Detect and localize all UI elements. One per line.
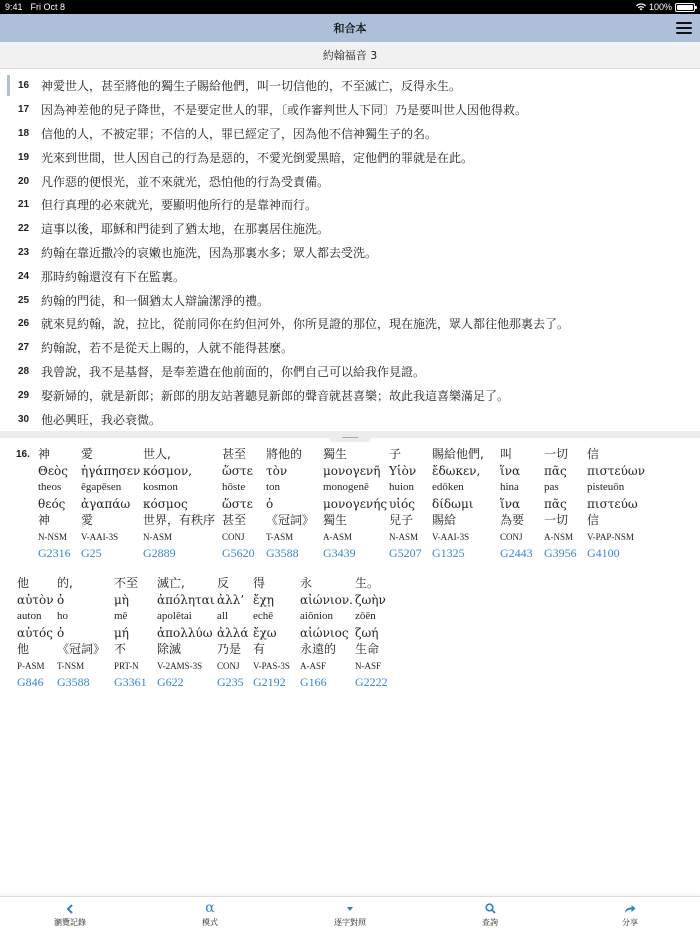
lexical-form: μή [114, 625, 147, 642]
chapter-title[interactable]: 約翰福音 3 [323, 47, 378, 63]
greek-word: κόσμον, [143, 463, 215, 480]
verse-number: 30 [18, 414, 41, 425]
gloss: 甚至 [222, 512, 255, 529]
chinese-word: 子 [389, 446, 422, 463]
verse-row[interactable]: 29娶新婦的，就是新郎；新郎的朋友站著聽見新郎的聲音就甚喜樂；故此我這喜樂滿足了… [0, 383, 700, 407]
chinese-word: 得 [253, 575, 290, 592]
interlinear-word[interactable]: 滅亡,ἀπόληταιapolētaiἀπολλύω除滅V-2AMS-3SG62… [157, 575, 214, 691]
lexical-form: ἔχω [253, 625, 290, 642]
tab-label: 瀏覽記錄 [54, 917, 86, 928]
chinese-word: 賜給他們, [432, 446, 484, 463]
interlinear-word[interactable]: 反ἀλλ’allἀλλά乃是CONJG235 [217, 575, 248, 691]
transliteration: huion [389, 479, 422, 496]
greek-word: Υἱὸν [389, 463, 422, 480]
chinese-word: 將他的 [266, 446, 314, 463]
parsing-code: N-ASM [143, 529, 215, 546]
parsing-code: V-2AMS-3S [157, 658, 214, 675]
strongs-number-link[interactable]: G5207 [389, 545, 422, 562]
greek-word: αἰώνιον. [300, 592, 353, 609]
verse-text: 這事以後，耶穌和門徒到了猶太地，在那裏居住施洗。 [41, 220, 329, 237]
parsing-code: CONJ [500, 529, 533, 546]
gloss: 神 [38, 512, 71, 529]
transliteration: pisteuōn [587, 479, 645, 496]
chinese-word: 永 [300, 575, 353, 592]
verse-row[interactable]: 22這事以後，耶穌和門徒到了猶太地，在那裏居住施洗。 [0, 217, 700, 241]
verse-number: 26 [18, 318, 41, 329]
greek-word: μὴ [114, 592, 147, 609]
verse-text: 就來見約翰，說，拉比，從前同你在約但河外，你所見證的那位，現在施洗，眾人都往他那… [41, 315, 569, 332]
verse-number: 27 [18, 342, 41, 353]
verse-text: 那時約翰還沒有下在監裏。 [41, 268, 185, 285]
lexical-form: ἵνα [500, 496, 533, 513]
gloss: 獨生 [323, 512, 387, 529]
parsing-code: N-NSM [38, 529, 71, 546]
wifi-icon [636, 3, 646, 11]
interlinear-word[interactable]: 一切πᾶςpasπᾶς一切A-NSMG3956 [544, 446, 577, 562]
parsing-code: V-PAS-3S [253, 658, 290, 675]
chinese-word: 世人, [143, 446, 215, 463]
verse-row[interactable]: 25約翰的門徒，和一個猶太人辯論潔淨的禮。 [0, 288, 700, 312]
greek-word: ἔχῃ [253, 592, 290, 609]
lexical-form: υἱός [389, 496, 422, 513]
gloss: 世界，有秩序 [143, 512, 215, 529]
interlinear-word[interactable]: 愛ἠγάπησενēgapēsenἀγαπάω愛V-AAI-3SG25 [81, 446, 140, 562]
greek-word: Θεὸς [38, 463, 71, 480]
transliteration: all [217, 608, 248, 625]
verse-number: 23 [18, 247, 41, 258]
bottom-tab-bar: 瀏覽記錄α模式逐字對照查詢分享 [0, 896, 700, 934]
parsing-code: V-AAI-3S [81, 529, 140, 546]
lexical-form: ὁ [266, 496, 314, 513]
strongs-number-link[interactable]: G1325 [432, 545, 484, 562]
interlinear-word[interactable]: 甚至ὥστεhōsteὥστε甚至CONJG5620 [222, 446, 255, 562]
lexical-form: ὥστε [222, 496, 255, 513]
verse-row[interactable]: 24那時約翰還沒有下在監裏。 [0, 264, 700, 288]
verse-text: 信他的人，不被定罪；不信的人，罪已經定了，因為他不信神獨生子的名。 [41, 125, 437, 142]
parsing-code: N-ASF [355, 658, 388, 675]
strongs-number-link[interactable]: G4100 [587, 545, 645, 562]
interlinear-word[interactable]: 不至μὴmēμή不PRT-NG3361 [114, 575, 147, 691]
gloss: 他 [17, 641, 54, 658]
transliteration: apolētai [157, 608, 214, 625]
lexical-form: ἀλλά [217, 625, 248, 642]
interlinear-word[interactable]: 生。ζωὴνzōēnζωή生命N-ASFG2222 [355, 575, 388, 691]
interlinear-word[interactable]: 世人,κόσμον,kosmonκόσμος世界，有秩序N-ASMG2889 [143, 446, 215, 562]
transliteration: pas [544, 479, 577, 496]
chinese-word: 不至 [114, 575, 147, 592]
tab-alpha[interactable]: α模式 [140, 897, 280, 934]
verse-row[interactable]: 16神愛世人，甚至將他的獨生子賜給他們，叫一切信他的，不至滅亡，反得永生。 [0, 74, 700, 98]
caret-down-icon [346, 902, 354, 915]
transliteration: kosmon [143, 479, 215, 496]
greek-word: ἵνα [500, 463, 533, 480]
chinese-word: 反 [217, 575, 248, 592]
gloss: 除滅 [157, 641, 214, 658]
gloss: 愛 [81, 512, 140, 529]
greek-word: ἀλλ’ [217, 592, 248, 609]
parsing-code: A-NSM [544, 529, 577, 546]
strongs-number-link[interactable]: G3361 [114, 674, 147, 691]
verse-row[interactable]: 18信他的人，不被定罪；不信的人，罪已經定了，因為他不信神獨生子的名。 [0, 122, 700, 146]
parsing-code: CONJ [222, 529, 255, 546]
interlinear-word[interactable]: 信πιστεύωνpisteuōnπιστεύω信V-PAP-NSMG4100 [587, 446, 645, 562]
search-icon [485, 902, 496, 915]
interlinear-word[interactable]: 將他的τὸνtonὁ《冠詞》T-ASMG3588 [266, 446, 314, 562]
verse-number: 19 [18, 152, 41, 163]
interlinear-word[interactable]: 的,ὁhoὁ《冠詞》T-NSMG3588 [57, 575, 105, 691]
strongs-number-link[interactable]: G3588 [57, 674, 105, 691]
transliteration: monogenē [323, 479, 387, 496]
strongs-number-link[interactable]: G2222 [355, 674, 388, 691]
gloss: 有 [253, 641, 290, 658]
verse-row[interactable]: 23約翰在靠近撒冷的哀嫩也施洗，因為那裏水多；眾人都去受洗。 [0, 241, 700, 265]
transliteration: ēgapēsen [81, 479, 140, 496]
parsing-code: T-ASM [266, 529, 314, 546]
transliteration: hōste [222, 479, 255, 496]
verse-row[interactable]: 17因為神差他的兒子降世，不是要定世人的罪，〔或作審判世人下同〕乃是要叫世人因他… [0, 98, 700, 122]
verse-row[interactable]: 26就來見約翰，說，拉比，從前同你在約但河外，你所見證的那位，現在施洗，眾人都往… [0, 312, 700, 336]
greek-word: ὁ [57, 592, 105, 609]
chinese-word: 生。 [355, 575, 388, 592]
tab-label: 逐字對照 [334, 917, 366, 928]
gloss: 乃是 [217, 641, 248, 658]
hamburger-menu-icon[interactable] [676, 20, 692, 36]
chapter-bar: 約翰福音 3 [0, 42, 700, 69]
interlinear-word[interactable]: 他αὐτὸνautonαὐτός他P-ASMG846 [17, 575, 54, 691]
version-title[interactable]: 和合本 [334, 20, 367, 36]
interlinear-verse-number: 16. [16, 449, 30, 460]
interlinear-word[interactable]: 叫ἵναhinaἵνα為要CONJG2443 [500, 446, 533, 562]
parsing-code: T-NSM [57, 658, 105, 675]
verse-text: 因為神差他的兒子降世，不是要定世人的罪，〔或作審判世人下同〕乃是要叫世人因他得救… [41, 101, 527, 118]
nav-bar: 和合本 [0, 14, 700, 42]
status-date: Fri Oct 8 [31, 2, 66, 12]
transliteration: echē [253, 608, 290, 625]
verse-row[interactable]: 19光來到世間，世人因自己的行為是惡的，不愛光倒愛黑暗，定他們的罪就是在此。 [0, 145, 700, 169]
verse-text: 約翰的門徒，和一個猶太人辯論潔淨的禮。 [41, 292, 269, 309]
transliteration: mē [114, 608, 147, 625]
chinese-word: 他 [17, 575, 54, 592]
greek-word: τὸν [266, 463, 314, 480]
parsing-code: N-ASM [389, 529, 422, 546]
greek-word: πᾶς [544, 463, 577, 480]
chinese-word: 一切 [544, 446, 577, 463]
drag-handle-grip-icon[interactable] [342, 437, 358, 438]
verse-text: 神愛世人，甚至將他的獨生子賜給他們，叫一切信他的，不至滅亡，反得永生。 [41, 77, 461, 94]
lexical-form: μονογενής [323, 496, 387, 513]
interlinear-word[interactable]: 獨生μονογενῆmonogenēμονογενής獨生A-ASMG3439 [323, 446, 387, 562]
strongs-number-link[interactable]: G166 [300, 674, 353, 691]
lexical-form: αἰώνιος [300, 625, 353, 642]
greek-word: μονογενῆ [323, 463, 387, 480]
chinese-word: 甚至 [222, 446, 255, 463]
strongs-number-link[interactable]: G5620 [222, 545, 255, 562]
verse-text: 他必興旺，我必衰微。 [41, 411, 161, 428]
chevron-left-icon [66, 902, 74, 915]
battery-percent: 100% [649, 2, 672, 12]
verse-number: 28 [18, 366, 41, 377]
transliteration: zōēn [355, 608, 388, 625]
greek-word: πιστεύων [587, 463, 645, 480]
tab-search[interactable]: 查詢 [420, 897, 560, 934]
status-bar: 9:41 Fri Oct 8 100% [0, 0, 700, 14]
lexical-form: ὁ [57, 625, 105, 642]
greek-word: ἀπόληται [157, 592, 214, 609]
lexical-form: κόσμος [143, 496, 215, 513]
alpha-icon: α [205, 902, 214, 915]
verse-number: 25 [18, 295, 41, 306]
gloss: 兒子 [389, 512, 422, 529]
lexical-form: αὐτός [17, 625, 54, 642]
strongs-number-link[interactable]: G622 [157, 674, 214, 691]
gloss: 一切 [544, 512, 577, 529]
lexical-form: ἀγαπάω [81, 496, 140, 513]
greek-word: ἠγάπησεν [81, 463, 140, 480]
tab-label: 模式 [202, 917, 218, 928]
transliteration: ton [266, 479, 314, 496]
interlinear-word[interactable]: 得ἔχῃechēἔχω有V-PAS-3SG2192 [253, 575, 290, 691]
tab-share[interactable]: 分享 [560, 897, 700, 934]
chinese-word: 愛 [81, 446, 140, 463]
gloss: 生命 [355, 641, 388, 658]
parsing-code: V-PAP-NSM [587, 529, 645, 546]
verse-row[interactable]: 27約翰說，若不是從天上賜的，人就不能得甚麼。 [0, 336, 700, 360]
strongs-number-link[interactable]: G2192 [253, 674, 290, 691]
lexical-form: ζωή [355, 625, 388, 642]
greek-word: ζωὴν [355, 592, 388, 609]
tab-label: 查詢 [482, 917, 498, 928]
strongs-number-link[interactable]: G235 [217, 674, 248, 691]
strongs-number-link[interactable]: G3439 [323, 545, 387, 562]
parsing-code: A-ASM [323, 529, 387, 546]
verse-number: 18 [18, 128, 41, 139]
interlinear-word[interactable]: 賜給他們,ἔδωκεν,edōkenδίδωμι賜給V-AAI-3SG1325 [432, 446, 484, 562]
transliteration: ho [57, 608, 105, 625]
interlinear-word[interactable]: 神Θεὸςtheosθεός神N-NSMG2316 [38, 446, 71, 562]
parsing-code: PRT-N [114, 658, 147, 675]
interlinear-word[interactable]: 子Υἱὸνhuionυἱός兒子N-ASMG5207 [389, 446, 422, 562]
transliteration: edōken [432, 479, 484, 496]
verse-row[interactable]: 28我曾說，我不是基督，是奉差遣在他前面的，你們自己可以給我作見證。 [0, 360, 700, 384]
verse-text: 我曾說，我不是基督，是奉差遣在他前面的，你們自己可以給我作見證。 [41, 363, 425, 380]
interlinear-word[interactable]: 永αἰώνιον.aiōnionαἰώνιος永遠的A-ASFG166 [300, 575, 353, 691]
gloss: 為要 [500, 512, 533, 529]
status-time: 9:41 [5, 2, 23, 12]
chinese-word: 滅亡, [157, 575, 214, 592]
lexical-form: πιστεύω [587, 496, 645, 513]
verse-text: 娶新婦的，就是新郎；新郎的朋友站著聽見新郎的聲音就甚喜樂；故此我這喜樂滿足了。 [41, 387, 509, 404]
strongs-number-link[interactable]: G2316 [38, 545, 71, 562]
battery-icon [675, 3, 695, 12]
greek-word: αὐτὸν [17, 592, 54, 609]
transliteration: aiōnion [300, 608, 353, 625]
verse-text: 凡作惡的便恨光，並不來就光，恐怕他的行為受責備。 [41, 173, 329, 190]
verse-number: 16 [18, 80, 41, 91]
gloss: 不 [114, 641, 147, 658]
lexical-form: ἀπολλύω [157, 625, 214, 642]
greek-word: ὥστε [222, 463, 255, 480]
lexical-form: πᾶς [544, 496, 577, 513]
gloss: 賜給 [432, 512, 484, 529]
strongs-number-link[interactable]: G3956 [544, 545, 577, 562]
lexical-form: θεός [38, 496, 71, 513]
verse-row[interactable]: 30他必興旺，我必衰微。 [0, 407, 700, 430]
parsing-code: V-AAI-3S [432, 529, 484, 546]
strongs-number-link[interactable]: G846 [17, 674, 54, 691]
verse-number: 20 [18, 176, 41, 187]
gloss: 信 [587, 512, 645, 529]
verse-number: 24 [18, 271, 41, 282]
verse-number: 21 [18, 199, 41, 210]
transliteration: auton [17, 608, 54, 625]
chinese-word: 叫 [500, 446, 533, 463]
verse-number: 17 [18, 104, 41, 115]
verse-list[interactable]: 16神愛世人，甚至將他的獨生子賜給他們，叫一切信他的，不至滅亡，反得永生。17因… [0, 74, 700, 430]
tab-label: 分享 [622, 917, 638, 928]
gloss: 《冠詞》 [57, 641, 105, 658]
tab-chevron-left[interactable]: 瀏覽記錄 [0, 897, 140, 934]
gloss: 永遠的 [300, 641, 353, 658]
chinese-word: 信 [587, 446, 645, 463]
parsing-code: A-ASF [300, 658, 353, 675]
strongs-number-link[interactable]: G25 [81, 545, 140, 562]
chinese-word: 獨生 [323, 446, 387, 463]
verse-row[interactable]: 20凡作惡的便恨光，並不來就光，恐怕他的行為受責備。 [0, 169, 700, 193]
tab-caret-down[interactable]: 逐字對照 [280, 897, 420, 934]
greek-word: ἔδωκεν, [432, 463, 484, 480]
verse-number: 22 [18, 223, 41, 234]
share-icon [624, 902, 636, 915]
chinese-word: 的, [57, 575, 105, 592]
gloss: 《冠詞》 [266, 512, 314, 529]
verse-text: 但行真理的必來就光，要顯明他所行的是靠神而行。 [41, 196, 317, 213]
strongs-number-link[interactable]: G2443 [500, 545, 533, 562]
lexical-form: δίδωμι [432, 496, 484, 513]
verse-text: 約翰說，若不是從天上賜的，人就不能得甚麼。 [41, 339, 293, 356]
verse-text: 光來到世間，世人因自己的行為是惡的，不愛光倒愛黑暗，定他們的罪就是在此。 [41, 149, 473, 166]
chinese-word: 神 [38, 446, 71, 463]
transliteration: theos [38, 479, 71, 496]
transliteration: hina [500, 479, 533, 496]
verse-number: 29 [18, 390, 41, 401]
verse-text: 約翰在靠近撒冷的哀嫩也施洗，因為那裏水多；眾人都去受洗。 [41, 244, 377, 261]
parsing-code: CONJ [217, 658, 248, 675]
parsing-code: P-ASM [17, 658, 54, 675]
strongs-number-link[interactable]: G2889 [143, 545, 215, 562]
verse-row[interactable]: 21但行真理的必來就光，要顯明他所行的是靠神而行。 [0, 193, 700, 217]
strongs-number-link[interactable]: G3588 [266, 545, 314, 562]
